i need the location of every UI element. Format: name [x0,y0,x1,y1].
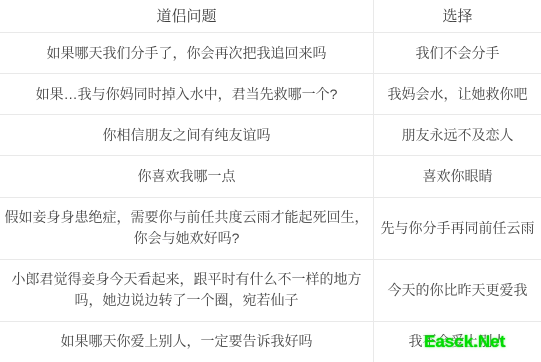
choice-cell: 我不会爱上别人 Easck.Net [374,322,541,362]
table-header-row: 道侣问题 选择 [0,0,541,33]
choice-cell: 喜欢你眼睛 [374,156,541,196]
choice-cell: 先与你分手再同前任云雨 [374,198,541,259]
choice-cell: 我们不会分手 [374,33,541,73]
question-cell: 假如妾身身患绝症，需要你与前任共度云雨才能起死回生，你会与她欢好吗? [0,198,374,259]
header-choice-column: 选择 [374,0,541,32]
table-row: 如果哪天我们分手了，你会再次把我追回来吗 我们不会分手 [0,33,541,74]
choice-cell: 今天的你比昨天更爱我 [374,260,541,321]
header-question-column: 道侣问题 [0,0,374,32]
table-row: 如果哪天你爱上别人，一定要告诉我好吗 我不会爱上别人 Easck.Net [0,322,541,362]
question-cell: 你喜欢我哪一点 [0,156,374,196]
choice-text: 我不会爱上别人 [409,331,507,352]
question-cell: 你相信朋友之间有纯友谊吗 [0,115,374,155]
table-row: 你相信朋友之间有纯友谊吗 朋友永远不及恋人 [0,115,541,156]
question-cell: 小郎君觉得妾身今天看起来，跟平时有什么不一样的地方吗，她边说边转了一个圈，宛若仙… [0,260,374,321]
question-cell: 如果哪天我们分手了，你会再次把我追回来吗 [0,33,374,73]
question-cell: 如果…我与你妈同时掉入水中，君当先救哪一个? [0,74,374,114]
qa-table: 道侣问题 选择 如果哪天我们分手了，你会再次把我追回来吗 我们不会分手 如果…我… [0,0,541,362]
table-row: 假如妾身身患绝症，需要你与前任共度云雨才能起死回生，你会与她欢好吗? 先与你分手… [0,198,541,260]
table-row: 小郎君觉得妾身今天看起来，跟平时有什么不一样的地方吗，她边说边转了一个圈，宛若仙… [0,260,541,322]
question-cell: 如果哪天你爱上别人，一定要告诉我好吗 [0,322,374,362]
choice-cell: 朋友永远不及恋人 [374,115,541,155]
table-row: 你喜欢我哪一点 喜欢你眼睛 [0,156,541,197]
table-row: 如果…我与你妈同时掉入水中，君当先救哪一个? 我妈会水，让她救你吧 [0,74,541,115]
choice-cell: 我妈会水，让她救你吧 [374,74,541,114]
